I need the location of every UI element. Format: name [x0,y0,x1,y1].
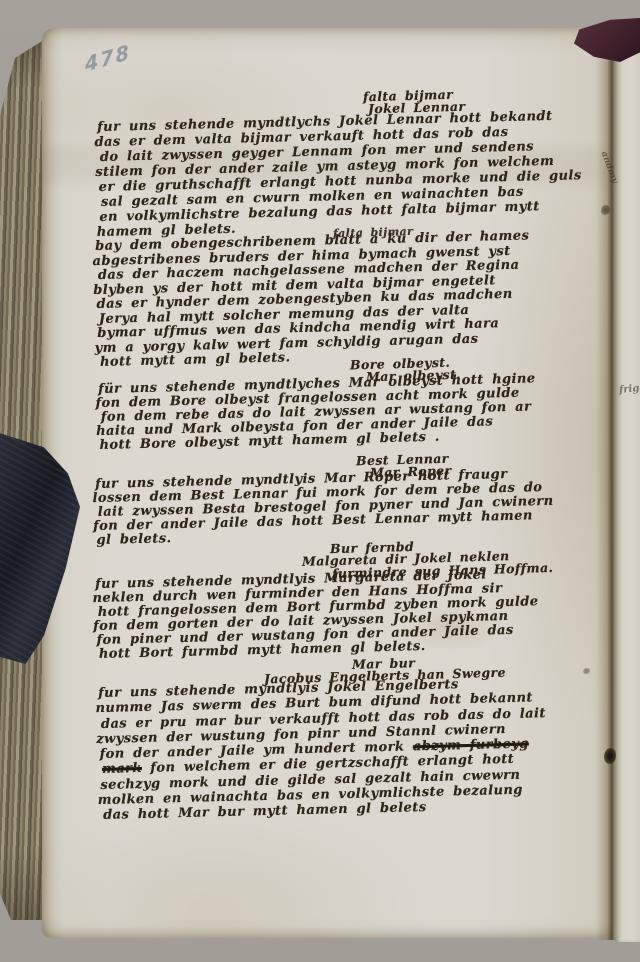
next-page-sliver [615,24,640,942]
struck-text: abzym furbeyg [413,737,529,755]
entry-1-paragraph: fur uns stehende myndtlychs Jokel Lennar… [97,108,588,240]
entry-2-paragraph: bay dem obengeschribenem blatt a ku dir … [95,228,586,370]
entry-6-paragraph: fur uns stehende myndtlyis Jokel Engelbe… [98,674,589,824]
entry-4-paragraph: fur uns stehende myndtlyis Mar Roper hot… [95,466,585,548]
entry-5-paragraph: fur uns stehende myndtlyis Margareta der… [95,566,585,662]
struck-text: mark [102,761,142,777]
entry-3-paragraph: für uns stehende myndtlyches Mar olbeyst… [98,371,588,453]
manuscript-photo-scene: 478 falta bijmar Jokel Lennar fur uns st… [0,0,640,962]
margin-note-fragment: frig [618,383,639,396]
